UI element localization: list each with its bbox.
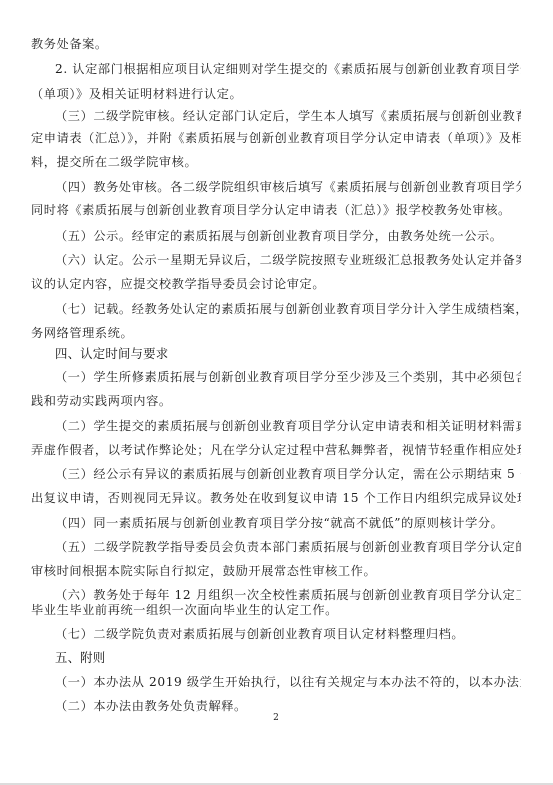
- text-line: 出复议申请，否则视同无异议。教务处在收到复议申请 15 个工作日内组织完成异议处…: [31, 488, 521, 508]
- text-line: 议的认定内容，应提交校教学指导委员会讨论审定。: [31, 274, 521, 294]
- page-number: 2: [270, 712, 282, 724]
- text-line: （二）学生提交的素质拓展与创新创业教育项目学分认定申请表和相关证明材料需真实可靠…: [55, 416, 521, 436]
- text-line: （一）学生所修素质拓展与创新创业教育项目学分至少涉及三个类别，其中必须包含专业社…: [55, 367, 521, 387]
- text-line: 料，提交所在二级学院审核。: [31, 152, 521, 172]
- text-line: （二）本办法由教务处负责解释。: [55, 696, 521, 716]
- text-line: （单项）》及相关证明材料进行认定。: [31, 84, 521, 104]
- text-line: （四）教务处审核。各二级学院组织审核后填写《素质拓展与创新创业教育项目学分认定汇…: [55, 177, 521, 197]
- text-line: 弄虚作假者，以考试作弊论处；凡在学分认定过程中营私舞弊者，视情节轻重作相应处理。: [31, 440, 521, 460]
- text-line: （三）经公示有异议的素质拓展与创新创业教育项目学分认定，需在公示期结束 5 个工…: [55, 464, 521, 484]
- text-line: 定申请表（汇总）》，并附《素质拓展与创新创业教育项目学分认定申请表（单项）》及相…: [31, 128, 521, 148]
- text-line: 务网络管理系统。: [31, 323, 521, 343]
- text-line: 审核时间根据本院实际自行拟定，鼓励开展常态性审核工作。: [31, 561, 521, 581]
- text-line: 同时将《素质拓展与创新创业教育项目学分认定申请表（汇总）》报学校教务处审核。: [31, 200, 521, 220]
- text-line: （三）二级学院审核。经认定部门认定后，学生本人填写《素质拓展与创新创业教育项目学…: [55, 106, 521, 126]
- text-line: （七）二级学院负责对素质拓展与创新创业教育项目认定材料整理归档。: [55, 624, 521, 644]
- section-heading: 五、附则: [55, 648, 521, 668]
- document-page: 教务处备案。 2. 认定部门根据相应项目认定细则对学生提交的《素质拓展与创新创业…: [0, 0, 553, 783]
- text-line: （六）认定。公示一星期无异议后，二级学院按照专业班级汇总报教务处认定并备案。对于…: [55, 250, 521, 270]
- text-line: （四）同一素质拓展与创新创业教育项目学分按“就高不就低”的原则核计学分。: [55, 513, 521, 533]
- text-line: （一）本办法从 2019 级学生开始执行，以往有关规定与本办法不符的，以本办法为…: [55, 672, 521, 692]
- text-line: 践和劳动实践两项内容。: [31, 391, 521, 411]
- text-line: （七）记载。经教务处认定的素质拓展与创新创业教育项目学分计入学生成绩档案，同时录…: [55, 299, 521, 319]
- text-line: （五）公示。经审定的素质拓展与创新创业教育项目学分，由教务处统一公示。: [55, 226, 521, 246]
- text-line: （五）二级学院教学指导委员会负责本部门素质拓展与创新创业教育项目学分认定的审核，…: [55, 537, 521, 557]
- text-line: 毕业生毕业前再统一组织一次面向毕业生的认定工作。: [31, 600, 521, 620]
- text-line: 教务处备案。: [31, 34, 521, 54]
- section-heading: 四、认定时间与要求: [55, 344, 521, 364]
- text-line: 2. 认定部门根据相应项目认定细则对学生提交的《素质拓展与创新创业教育项目学分认…: [55, 59, 521, 79]
